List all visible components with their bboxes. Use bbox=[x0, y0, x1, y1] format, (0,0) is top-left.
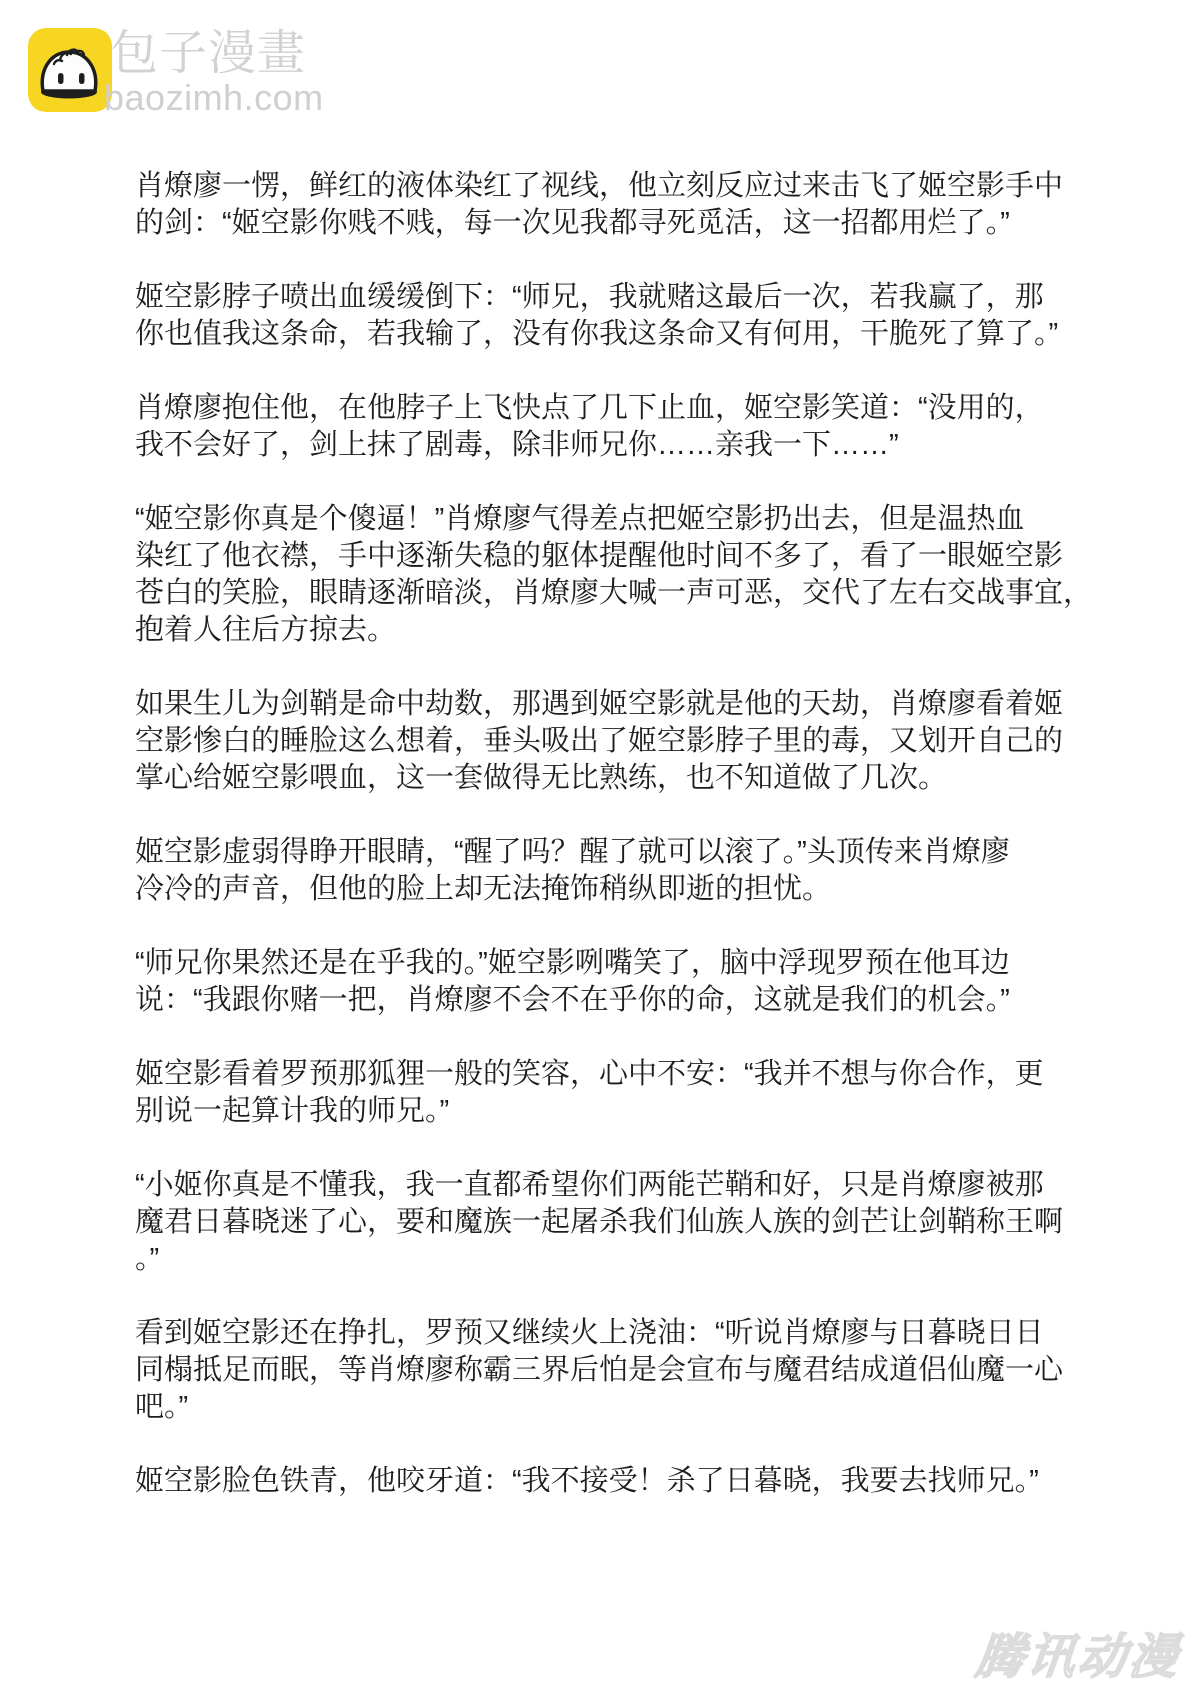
text-line: 空影惨白的睡脸这么想着，垂头吸出了姬空影脖子里的毒，又划开自己的 bbox=[135, 723, 1075, 760]
text-line: 同榻抵足而眠，等肖燎廖称霸三界后怕是会宣布与魔君结成道侣仙魔一心 bbox=[135, 1352, 1075, 1389]
text-line: 说：“我跟你赌一把，肖燎廖不会不在乎你的命，这就是我们的机会。” bbox=[135, 982, 1075, 1019]
text-line: 姬空影看着罗预那狐狸一般的笑容，心中不安：“我并不想与你合作，更 bbox=[135, 1056, 1075, 1093]
baozi-bun-icon bbox=[28, 28, 112, 112]
text-line: 掌心给姬空影喂血，这一套做得无比熟练，也不知道做了几次。 bbox=[135, 760, 1075, 797]
text-line: 你也值我这条命，若我输了，没有你我这条命又有何用，干脆死了算了。” bbox=[135, 316, 1075, 353]
text-line: 肖燎廖抱住他，在他脖子上飞快点了几下止血，姬空影笑道：“没用的， bbox=[135, 390, 1075, 427]
paragraph: 姬空影虚弱得睁开眼睛，“醒了吗？醒了就可以滚了。”头顶传来肖燎廖冷冷的声音，但他… bbox=[135, 834, 1075, 908]
paragraph: 肖燎廖一愣，鲜红的液体染红了视线，他立刻反应过来击飞了姬空影手中的剑：“姬空影你… bbox=[135, 168, 1075, 242]
text-line: “姬空影你真是个傻逼！”肖燎廖气得差点把姬空影扔出去，但是温热血 bbox=[135, 501, 1075, 538]
paragraph: 姬空影脸色铁青，他咬牙道：“我不接受！杀了日暮晓，我要去找师兄。” bbox=[135, 1463, 1075, 1500]
text-line: 我不会好了，剑上抹了剧毒，除非师兄你……亲我一下……” bbox=[135, 427, 1075, 464]
text-line: 姬空影虚弱得睁开眼睛，“醒了吗？醒了就可以滚了。”头顶传来肖燎廖 bbox=[135, 834, 1075, 871]
text-line: 看到姬空影还在挣扎，罗预又继续火上浇油：“听说肖燎廖与日暮晓日日 bbox=[135, 1315, 1075, 1352]
paragraph: “师兄你果然还是在乎我的。”姬空影咧嘴笑了，脑中浮现罗预在他耳边说：“我跟你赌一… bbox=[135, 945, 1075, 1019]
text-line: 。” bbox=[135, 1241, 1075, 1278]
text-line: 的剑：“姬空影你贱不贱，每一次见我都寻死觅活，这一招都用烂了。” bbox=[135, 205, 1075, 242]
paragraph: 如果生儿为剑鞘是命中劫数，那遇到姬空影就是他的天劫，肖燎廖看着姬空影惨白的睡脸这… bbox=[135, 686, 1075, 797]
text-line: 苍白的笑脸，眼睛逐渐暗淡，肖燎廖大喊一声可恶，交代了左右交战事宜， bbox=[135, 575, 1075, 612]
text-line: 冷冷的声音，但他的脸上却无法掩饰稍纵即逝的担忧。 bbox=[135, 871, 1075, 908]
paragraph: 看到姬空影还在挣扎，罗预又继续火上浇油：“听说肖燎廖与日暮晓日日同榻抵足而眠，等… bbox=[135, 1315, 1075, 1426]
text-line: 染红了他衣襟，手中逐渐失稳的躯体提醒他时间不多了，看了一眼姬空影 bbox=[135, 538, 1075, 575]
paragraph: “姬空影你真是个傻逼！”肖燎廖气得差点把姬空影扔出去，但是温热血染红了他衣襟，手… bbox=[135, 501, 1075, 649]
text-line: 抱着人往后方掠去。 bbox=[135, 612, 1075, 649]
brand-domain: baozimh.com bbox=[104, 80, 324, 116]
text-line: 姬空影脖子喷出血缓缓倒下：“师兄，我就赌这最后一次，若我赢了，那 bbox=[135, 279, 1075, 316]
brand-name: 包子漫畫 bbox=[110, 30, 306, 78]
paragraph: 姬空影看着罗预那狐狸一般的笑容，心中不安：“我并不想与你合作，更别说一起算计我的… bbox=[135, 1056, 1075, 1130]
text-line: “小姬你真是不懂我，我一直都希望你们两能芒鞘和好，只是肖燎廖被那 bbox=[135, 1167, 1075, 1204]
paragraph: “小姬你真是不懂我，我一直都希望你们两能芒鞘和好，只是肖燎廖被那魔君日暮晓迷了心… bbox=[135, 1167, 1075, 1278]
paragraph: 姬空影脖子喷出血缓缓倒下：“师兄，我就赌这最后一次，若我赢了，那你也值我这条命，… bbox=[135, 279, 1075, 353]
story-text: 肖燎廖一愣，鲜红的液体染红了视线，他立刻反应过来击飞了姬空影手中的剑：“姬空影你… bbox=[135, 168, 1075, 1500]
text-line: “师兄你果然还是在乎我的。”姬空影咧嘴笑了，脑中浮现罗预在他耳边 bbox=[135, 945, 1075, 982]
text-line: 姬空影脸色铁青，他咬牙道：“我不接受！杀了日暮晓，我要去找师兄。” bbox=[135, 1463, 1075, 1500]
text-line: 吧。” bbox=[135, 1389, 1075, 1426]
text-line: 别说一起算计我的师兄。” bbox=[135, 1093, 1075, 1130]
tencent-comics-watermark: 腾讯动漫 bbox=[973, 1634, 1182, 1682]
text-line: 如果生儿为剑鞘是命中劫数，那遇到姬空影就是他的天劫，肖燎廖看着姬 bbox=[135, 686, 1075, 723]
paragraph: 肖燎廖抱住他，在他脖子上飞快点了几下止血，姬空影笑道：“没用的，我不会好了，剑上… bbox=[135, 390, 1075, 464]
text-line: 肖燎廖一愣，鲜红的液体染红了视线，他立刻反应过来击飞了姬空影手中 bbox=[135, 168, 1075, 205]
text-line: 魔君日暮晓迷了心，要和魔族一起屠杀我们仙族人族的剑芒让剑鞘称王啊 bbox=[135, 1204, 1075, 1241]
